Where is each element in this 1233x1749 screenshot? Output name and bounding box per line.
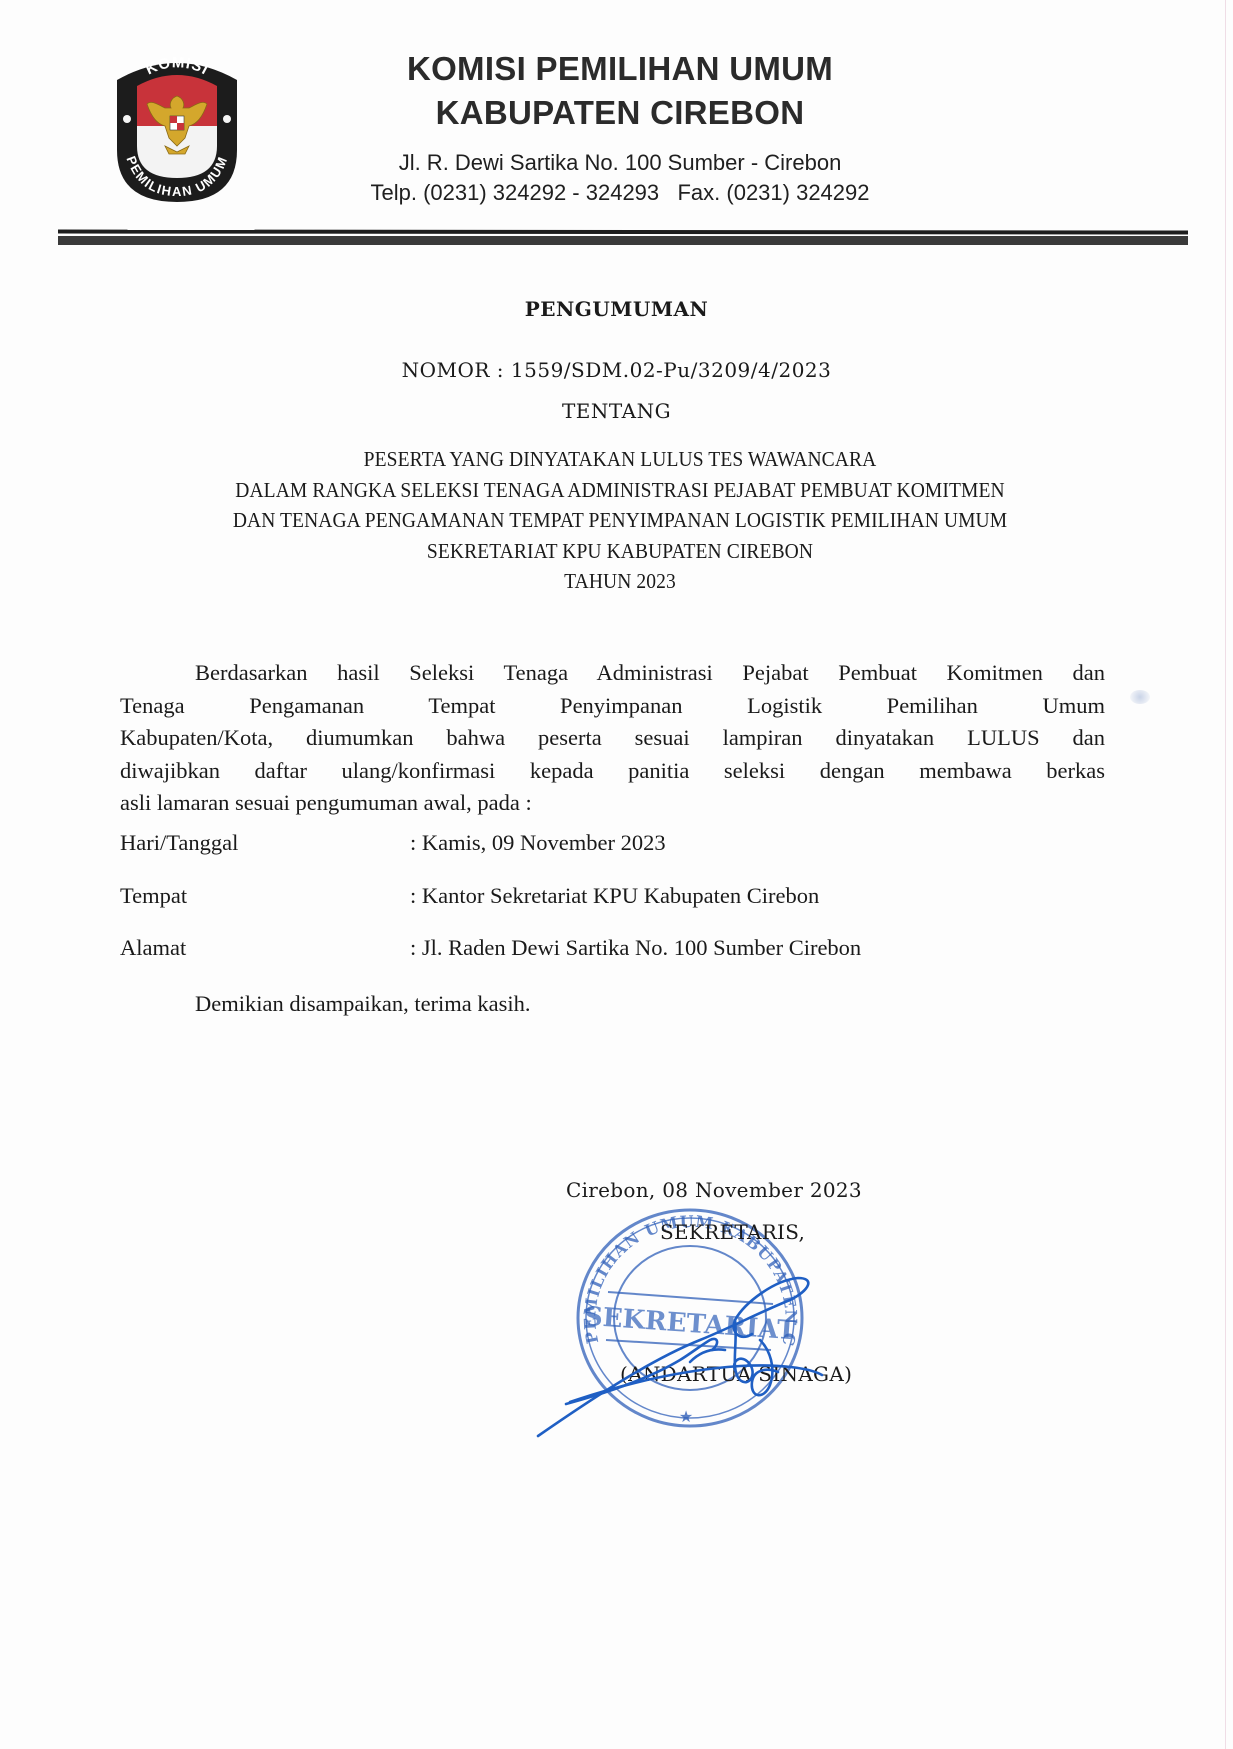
subject-line: DALAM RANGKA SELEKSI TENAGA ADMINISTRASI…: [136, 475, 1103, 506]
letterhead-divider-thick: [58, 236, 1188, 245]
org-contact: Telp. (0231) 324292 - 324293 Fax. (0231)…: [330, 180, 910, 206]
subject-line: DAN TENAGA PENGAMANAN TEMPAT PENYIMPANAN…: [136, 505, 1103, 536]
signature-role: SEKRETARIS,: [660, 1220, 805, 1244]
detail-value: : Jl. Raden Dewi Sartika No. 100 Sumber …: [410, 935, 861, 961]
handwritten-signature-icon: [530, 1250, 830, 1440]
org-name-line1: KOMISI PEMILIHAN UMUM: [330, 50, 910, 88]
body-line: Tenaga Pengamanan Tempat Penyimpanan Log…: [120, 690, 1105, 723]
scan-edge-line: [1225, 0, 1226, 1749]
subject-line: SEKRETARIAT KPU KABUPATEN CIREBON: [136, 536, 1103, 567]
document-number: NOMOR : 1559/SDM.02-Pu/3209/4/2023: [0, 358, 1233, 382]
subject-line: TAHUN 2023: [136, 566, 1103, 597]
detail-label: Alamat: [120, 935, 186, 961]
detail-label: Hari/Tanggal: [120, 830, 238, 856]
org-name-line2: KABUPATEN CIREBON: [330, 94, 910, 132]
scan-speck: [1130, 690, 1150, 704]
signature-place-date: Cirebon, 08 November 2023: [566, 1178, 862, 1202]
kpu-logo: KOMISI PEMILIHAN UMUM: [107, 46, 247, 204]
body-line: asli lamaran sesuai pengumuman awal, pad…: [120, 787, 1105, 820]
body-line: diwajibkan daftar ulang/konfirmasi kepad…: [120, 755, 1105, 788]
detail-value: : Kamis, 09 November 2023: [410, 830, 666, 856]
document-subject: PESERTA YANG DINYATAKAN LULUS TES WAWANC…: [136, 444, 1103, 597]
document-about-label: TENTANG: [0, 399, 1233, 423]
signature: [530, 1250, 830, 1440]
document-title: PENGUMUMAN: [0, 297, 1233, 321]
detail-label: Tempat: [120, 883, 187, 909]
detail-value: : Kantor Sekretariat KPU Kabupaten Cireb…: [410, 883, 819, 909]
body-paragraph: Berdasarkan hasil Seleksi Tenaga Adminis…: [120, 657, 1105, 820]
body-line: Berdasarkan hasil Seleksi Tenaga Adminis…: [120, 657, 1105, 690]
body-line: Kabupaten/Kota, diumumkan bahwa peserta …: [120, 722, 1105, 755]
org-address: Jl. R. Dewi Sartika No. 100 Sumber - Cir…: [330, 150, 910, 176]
kpu-garuda-emblem-icon: KOMISI PEMILIHAN UMUM: [107, 46, 247, 204]
letterhead-divider-thin: [58, 230, 1188, 235]
closing-text: Demikian disampaikan, terima kasih.: [195, 991, 531, 1017]
subject-line: PESERTA YANG DINYATAKAN LULUS TES WAWANC…: [136, 444, 1103, 475]
